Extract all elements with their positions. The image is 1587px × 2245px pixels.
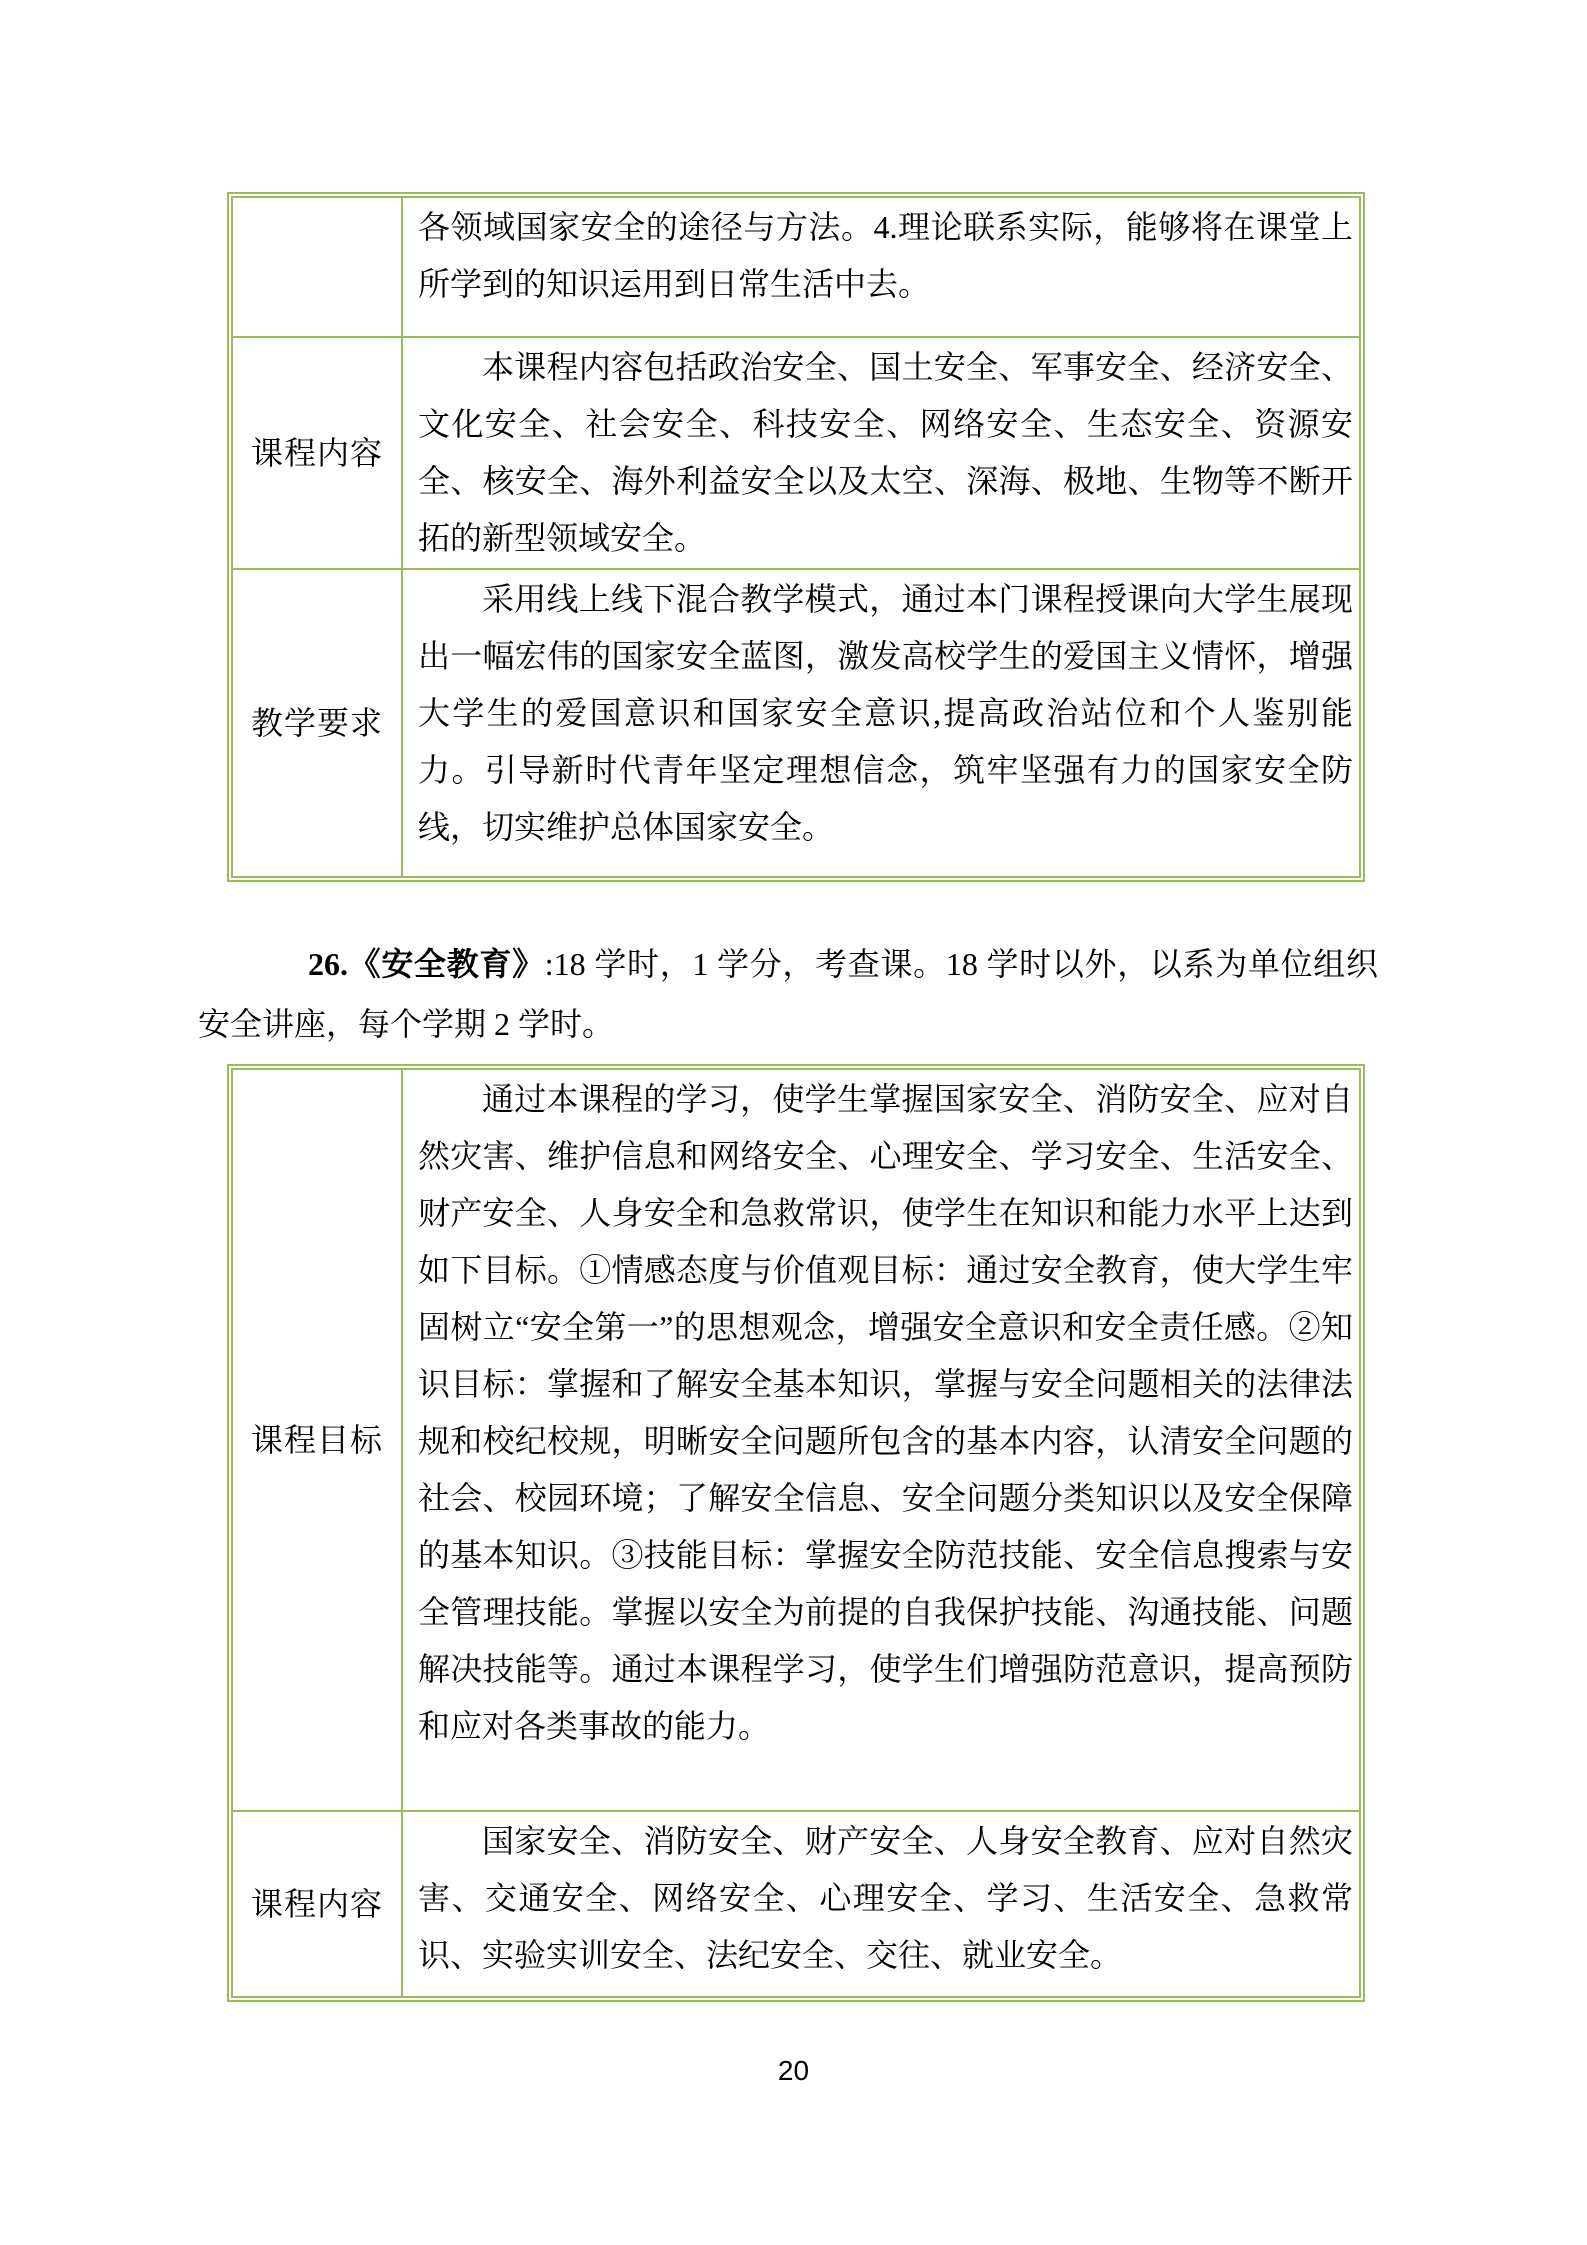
cell-paragraph: 本课程内容包括政治安全、国土安全、军事安全、经济安全、文化安全、社会安全、科技安… [418, 339, 1353, 567]
row-label-course-content: 课程内容 [233, 338, 403, 568]
page-number: 20 [0, 2054, 1587, 2088]
cell-paragraph: 国家安全、消防安全、财产安全、人身安全教育、应对自然灾害、交通安全、网络安全、心… [418, 1813, 1353, 1984]
row-label-course-content: 课程内容 [233, 1812, 403, 1996]
table-row: 课程目标 通过本课程的学习，使学生掌握国家安全、消防安全、应对自然灾害、维护信息… [233, 1070, 1359, 1810]
row-content: 通过本课程的学习，使学生掌握国家安全、消防安全、应对自然灾害、维护信息和网络安全… [403, 1070, 1359, 1810]
course-title-bold: 26.《安全教育》 [308, 946, 545, 982]
course-intro-paragraph: 26.《安全教育》:18 学时，1 学分，考查课。18 学时以外，以系为单位组织… [198, 934, 1378, 1054]
row-content: 各领域国家安全的途径与方法。4.理论联系实际，能够将在课堂上所学到的知识运用到日… [403, 198, 1359, 336]
table-row: 课程内容 国家安全、消防安全、财产安全、人身安全教育、应对自然灾害、交通安全、网… [233, 1810, 1359, 1996]
row-label-text: 课程内容 [251, 1884, 383, 1924]
row-label-course-objectives: 课程目标 [233, 1070, 403, 1810]
row-content: 采用线上线下混合教学模式，通过本门课程授课向大学生展现出一幅宏伟的国家安全蓝图，… [403, 570, 1359, 876]
course-table-1: 各领域国家安全的途径与方法。4.理论联系实际，能够将在课堂上所学到的知识运用到日… [227, 192, 1365, 882]
document-page: 各领域国家安全的途径与方法。4.理论联系实际，能够将在课堂上所学到的知识运用到日… [0, 0, 1587, 2088]
table-row: 教学要求 采用线上线下混合教学模式，通过本门课程授课向大学生展现出一幅宏伟的国家… [233, 568, 1359, 876]
row-label-text: 课程目标 [251, 1420, 383, 1460]
row-label-text: 课程内容 [251, 433, 383, 473]
row-label-text: 教学要求 [251, 703, 383, 743]
table-row: 课程内容 本课程内容包括政治安全、国土安全、军事安全、经济安全、文化安全、社会安… [233, 336, 1359, 568]
cell-paragraph: 采用线上线下混合教学模式，通过本门课程授课向大学生展现出一幅宏伟的国家安全蓝图，… [418, 571, 1353, 856]
table-row: 各领域国家安全的途径与方法。4.理论联系实际，能够将在课堂上所学到的知识运用到日… [233, 198, 1359, 336]
row-label-teaching-requirements: 教学要求 [233, 570, 403, 876]
course-table-2: 课程目标 通过本课程的学习，使学生掌握国家安全、消防安全、应对自然灾害、维护信息… [227, 1064, 1365, 2002]
cell-paragraph: 各领域国家安全的途径与方法。4.理论联系实际，能够将在课堂上所学到的知识运用到日… [418, 199, 1353, 313]
row-content: 本课程内容包括政治安全、国土安全、军事安全、经济安全、文化安全、社会安全、科技安… [403, 338, 1359, 568]
cell-paragraph: 通过本课程的学习，使学生掌握国家安全、消防安全、应对自然灾害、维护信息和网络安全… [418, 1071, 1353, 1755]
row-content: 国家安全、消防安全、财产安全、人身安全教育、应对自然灾害、交通安全、网络安全、心… [403, 1812, 1359, 1996]
row-label-empty [233, 198, 403, 336]
